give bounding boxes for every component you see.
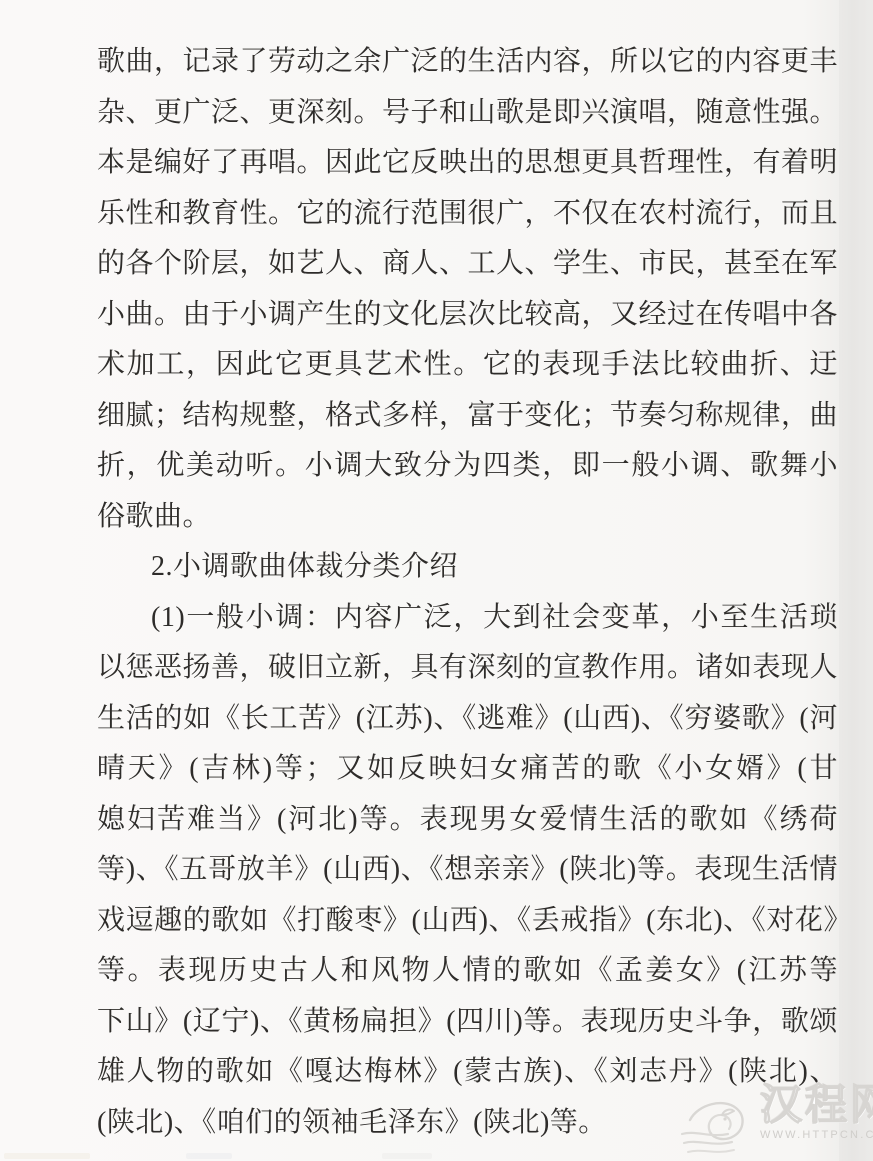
text-line-3: 本是编好了再唱。因此它反映出的思想更具哲理性，有着明显的娱 [97, 138, 838, 189]
text-line-11: 2.小调歌曲体裁分类介绍 [97, 542, 838, 593]
text-line-13: 以惩恶扬善，破旧立新，具有深刻的宣教作用。诸如表现人民痛苦 [97, 643, 838, 694]
cropped-nextline-smudge [4, 1153, 90, 1159]
scan-edge-shadow [839, 0, 873, 1161]
text-line-4: 乐性和教育性。它的流行范围很广，不仅在农村流行，而且在城镇 [97, 189, 838, 240]
text-line-19: 等。表现历史古人和风物人情的歌如《孟姜女》(江苏等地)、《梁祝 [97, 946, 838, 997]
scanned-page: 歌曲，记录了劳动之余广泛的生活内容，所以它的内容更丰富、更复杂、更广泛、更深刻。… [0, 0, 873, 1161]
text-line-1: 歌曲，记录了劳动之余广泛的生活内容，所以它的内容更丰富、更复 [97, 37, 838, 88]
hancheng-phoenix-logo-icon [676, 1090, 758, 1161]
text-line-8: 细腻；结构规整，格式多样，富于变化；节奏匀称规律，曲调委婉、曲 [97, 391, 838, 442]
text-line-9: 折，优美动听。小调大致分为四类，即一般小调、歌舞小调、儿歌、风 [97, 441, 838, 492]
watermark-text: 汉程网 WWW.HTTPCN.COM [760, 1082, 873, 1141]
cropped-nextline-smudge [382, 1153, 432, 1159]
text-line-16: 媳妇苦难当》(河北)等。表现男女爱情生活的歌如《绣荷包》(晋北 [97, 795, 838, 846]
cropped-nextline-smudge [186, 1153, 232, 1159]
text-line-6: 小曲。由于小调产生的文化层次比较高，又经过在传唱中各方的艺 [97, 290, 838, 341]
watermark: 汉程网 WWW.HTTPCN.COM [676, 1082, 868, 1161]
text-line-17: 等)、《五哥放羊》(山西)、《想亲亲》(陕北)等。表现生活情趣和游 [97, 845, 838, 896]
text-line-5: 的各个阶层，如艺人、商人、工人、学生、市民，甚至在军营也能听到 [97, 239, 838, 290]
text-line-2: 杂、更广泛、更深刻。号子和山歌是即兴演唱，随意性强。而小调基 [97, 88, 838, 139]
text-line-14: 生活的如《长工苦》(江苏)、《逃难》(山西)、《穷婆歌》(河南)、《盼 [97, 694, 838, 745]
text-line-18: 戏逗趣的歌如《打酸枣》(山西)、《丢戒指》(东北)、《对花》(河南) [97, 896, 838, 947]
text-line-15: 晴天》(吉林)等；又如反映妇女痛苦的歌《小女婿》(甘肃)、《童养 [97, 744, 838, 795]
watermark-site-name: 汉程网 [760, 1082, 873, 1128]
text-column: 歌曲，记录了劳动之余广泛的生活内容，所以它的内容更丰富、更复杂、更广泛、更深刻。… [97, 37, 838, 1148]
text-line-12: (1)一般小调：内容广泛，大到社会变革，小至生活琐事，它可 [97, 593, 838, 644]
text-line-7: 术加工，因此它更具艺术性。它的表现手法比较曲折、迂回、内在、 [97, 340, 838, 391]
text-line-10: 俗歌曲。 [97, 492, 838, 543]
watermark-site-url: WWW.HTTPCN.COM [760, 1129, 873, 1141]
text-line-20: 下山》(辽宁)、《黄杨扁担》(四川)等。表现历史斗争，歌颂历史英 [97, 997, 838, 1048]
